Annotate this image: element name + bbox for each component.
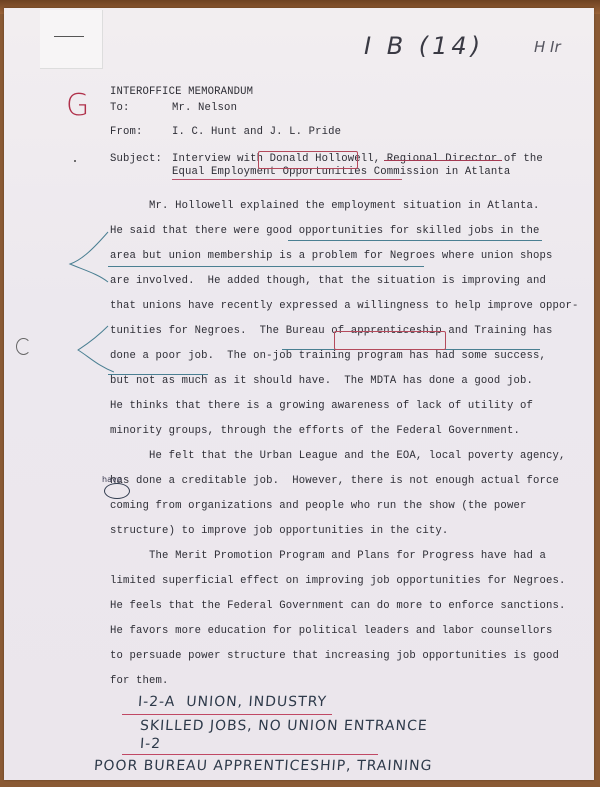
body-line: are involved. He added though, that the … xyxy=(110,275,546,287)
paper-tab-label xyxy=(40,10,103,69)
annotation-1: I-2-A UNION, INDUSTRY xyxy=(137,694,327,710)
body-line: Mr. Hollowell explained the employment s… xyxy=(110,200,539,212)
to-value: Mr. Nelson xyxy=(172,102,237,114)
name-box-mark xyxy=(258,151,358,169)
annotation-3: I-2 xyxy=(139,736,161,752)
body-line: He thinks that there is a growing awaren… xyxy=(110,400,533,412)
memo-title: INTEROFFICE MEMORANDUM xyxy=(110,86,253,98)
annotation-2: SKILLED JOBS, NO UNION ENTRANCE xyxy=(139,718,428,734)
subject-label: Subject: xyxy=(110,153,162,165)
body-line: that unions have recently expressed a wi… xyxy=(110,300,579,312)
annotation-underline-2 xyxy=(122,754,378,755)
body-line: for them. xyxy=(110,675,169,687)
underline-poor-job xyxy=(108,374,208,375)
body-line: The Merit Promotion Program and Plans fo… xyxy=(110,550,546,562)
memo-page: I B (14) H Ir G INTEROFFICE MEMORANDUM T… xyxy=(4,8,594,780)
to-label: To: xyxy=(110,102,130,114)
binder-hole-icon xyxy=(16,338,31,355)
annotation-underline-1 xyxy=(122,714,332,715)
body-line: He said that there were good opportuniti… xyxy=(110,225,539,237)
underline-skilled-jobs xyxy=(288,240,542,241)
from-value: I. C. Hunt and J. L. Pride xyxy=(172,126,341,138)
annotation-4: POOR BUREAU APPRENTICESHIP, TRAINING xyxy=(93,758,433,774)
corner-mark: H Ir xyxy=(534,38,561,56)
body-line: He felt that the Urban League and the EO… xyxy=(110,450,566,462)
underline-union-membership xyxy=(108,266,424,267)
body-line: structure) to improve job opportunities … xyxy=(110,525,448,537)
apprenticeship-box-mark xyxy=(334,331,446,350)
subject-underline xyxy=(172,179,402,180)
stray-dot xyxy=(74,160,76,162)
body-line: done a poor job. The on-job training pro… xyxy=(110,350,546,362)
body-line: area but union membership is a problem f… xyxy=(110,250,553,262)
body-line: He feels that the Federal Government can… xyxy=(110,600,566,612)
body-line: has done a creditable job. However, ther… xyxy=(110,475,559,487)
body-line: coming from organizations and people who… xyxy=(110,500,526,512)
grade-mark: G xyxy=(66,88,89,123)
body-line: to persuade power structure that increas… xyxy=(110,650,559,662)
tab-label-mark xyxy=(54,36,84,37)
body-line: He favors more education for political l… xyxy=(110,625,553,637)
body-line: tunities for Negroes. The Bureau of appr… xyxy=(110,325,553,337)
margin-bracket-icon xyxy=(64,218,114,388)
body-line: but not as much as it should have. The M… xyxy=(110,375,533,387)
from-label: From: xyxy=(110,126,143,138)
reference-code: I B (14) xyxy=(364,32,484,60)
body-line: limited superficial effect on improving … xyxy=(110,575,566,587)
body-line: minority groups, through the efforts of … xyxy=(110,425,520,437)
strikethrough-mark xyxy=(384,160,502,161)
has-circle-mark xyxy=(104,483,130,499)
